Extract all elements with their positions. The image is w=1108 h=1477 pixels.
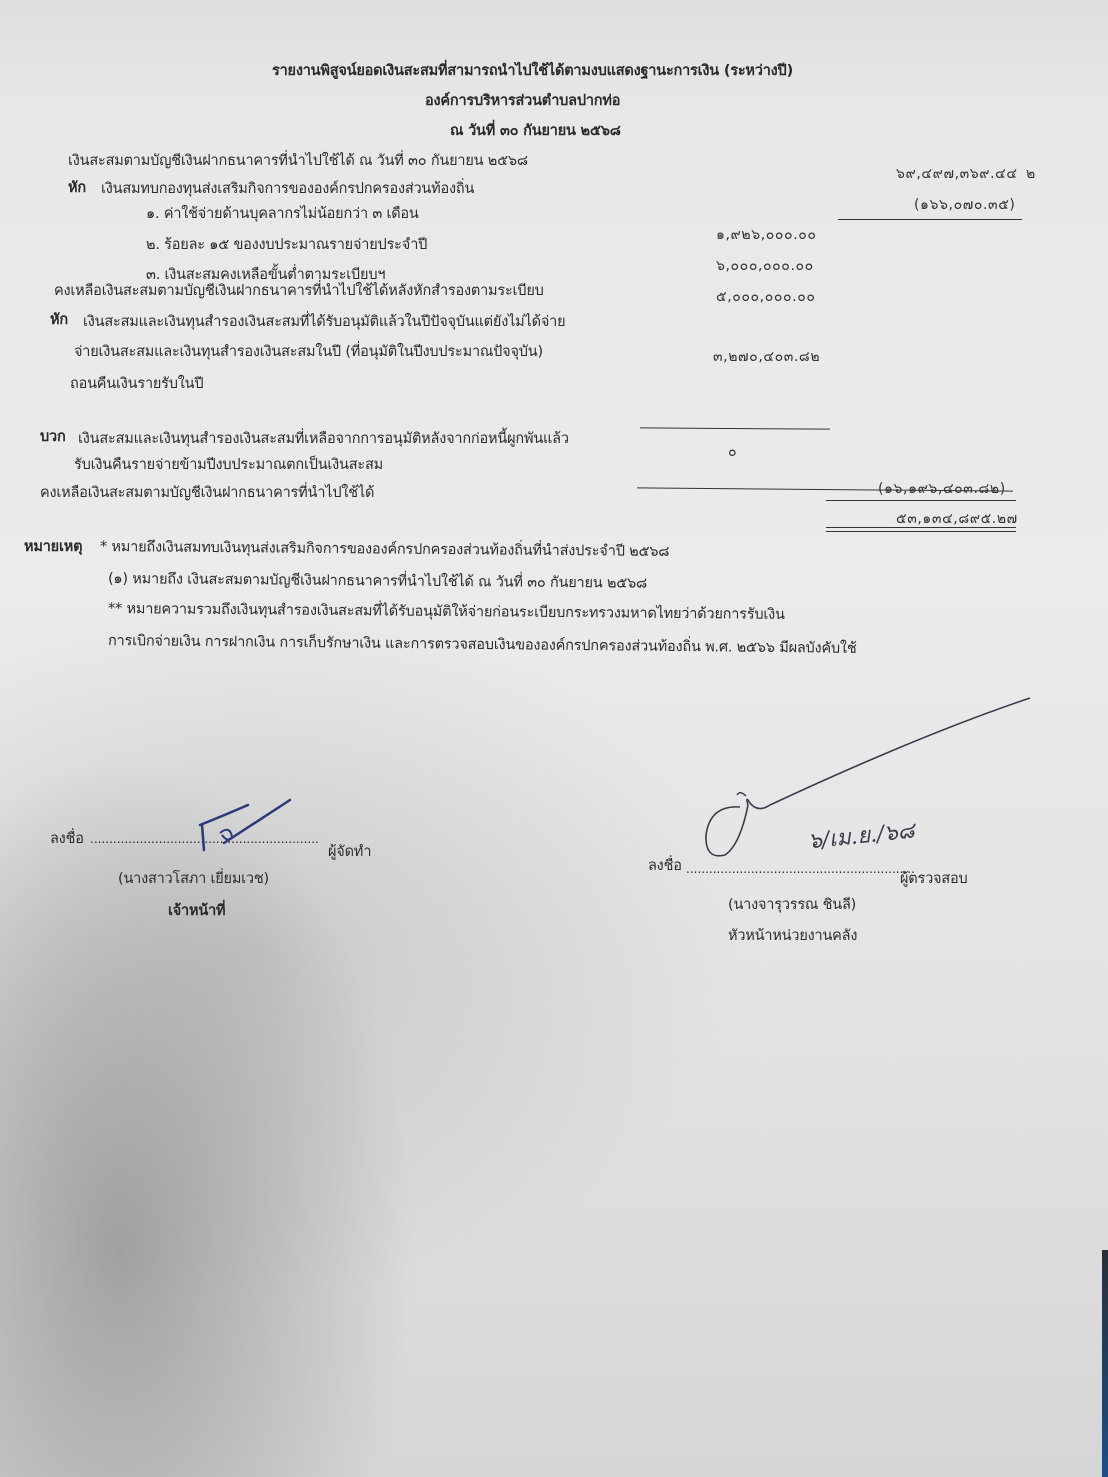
after-reserve-label: คงเหลือเงินสะสมตามบัญชีเงินฝากธนาคารที่น… bbox=[54, 282, 544, 300]
reserve-item-3-amount: ๕,๐๐๐,๐๐๐.๐๐ bbox=[716, 288, 816, 306]
reserve-item-1-label: ๑. ค่าใช้จ่ายด้านบุคลากรไม่น้อยกว่า ๓ เด… bbox=[146, 205, 419, 223]
approved-spending-label: จ่ายเงินสะสมและเงินทุนสำรองเงินสะสมในปี … bbox=[74, 343, 543, 361]
reviewer-role: ผู้ตรวจสอบ bbox=[900, 870, 968, 888]
rule-1 bbox=[838, 219, 1022, 220]
report-date: ณ วันที่ ๓๐ กันยายน ๒๕๖๘ bbox=[450, 122, 621, 140]
reviewer-sign-label: ลงชื่อ bbox=[648, 857, 682, 875]
reviewer-sign-line: ........................................… bbox=[686, 860, 915, 878]
opening-balance-amount: ๖๙,๔๙๗,๓๖๙.๔๔ bbox=[896, 165, 1018, 183]
total-deductions-amount: (๑๖,๑๙๖,๔๐๓.๘๒) bbox=[878, 480, 1006, 498]
revenue-refund-label: ถอนคืนเงินรายรับในปี bbox=[70, 375, 203, 393]
add-prefix: บวก bbox=[40, 428, 66, 446]
reserve-item-1-amount: ๑,๙๒๖,๐๐๐.๐๐ bbox=[716, 226, 817, 244]
double-rule bbox=[826, 527, 1016, 532]
notes-heading: หมายเหตุ bbox=[24, 538, 82, 556]
less-fund-contribution-label: เงินสมทบกองทุนส่งเสริมกิจการขององค์กรปกค… bbox=[101, 180, 474, 198]
organization-name: องค์การบริหารส่วนตำบลปากท่อ bbox=[425, 92, 620, 110]
rule-4 bbox=[826, 500, 1016, 501]
preparer-name: (นางสาวโสภา เยี่ยมเวช) bbox=[118, 870, 269, 888]
less-approved-reserve-label: เงินสะสมและเงินทุนสำรองเงินสะสมที่ได้รับ… bbox=[83, 313, 565, 331]
expense-refund-label: รับเงินคืนรายจ่ายข้ามปีงบประมาณตกเป็นเงิ… bbox=[74, 456, 383, 474]
reviewer-name: (นางจารุวรรณ ชินลี) bbox=[728, 896, 856, 914]
closing-balance-label: คงเหลือเงินสะสมตามบัญชีเงินฝากธนาคารที่น… bbox=[40, 484, 374, 502]
preparer-role: ผู้จัดทำ bbox=[328, 843, 371, 861]
preparer-signature-scribble bbox=[190, 795, 310, 855]
opening-balance-label: เงินสะสมตามบัญชีเงินฝากธนาคารที่นำไปใช้ไ… bbox=[68, 152, 528, 170]
reserve-item-2-amount: ๖,๐๐๐,๐๐๐.๐๐ bbox=[716, 257, 814, 275]
preparer-position: เจ้าหน้าที่ bbox=[168, 902, 225, 920]
reviewer-position: หัวหน้าหน่วยงานคลัง bbox=[728, 927, 857, 945]
reserve-item-2-label: ๒. ร้อยละ ๑๕ ของงบประมาณรายจ่ายประจำปี bbox=[146, 236, 427, 254]
less-2-prefix: หัก bbox=[50, 311, 68, 329]
opening-note-ref: ๒ bbox=[1026, 165, 1036, 183]
expense-refund-amount: ๐ bbox=[728, 443, 737, 461]
closing-balance-amount: ๕๓,๑๓๔,๘๙๕.๒๗ bbox=[896, 510, 1018, 528]
approved-spending-amount: ๓,๒๗๐,๔๐๓.๘๒ bbox=[713, 348, 820, 366]
report-title: รายงานพิสูจน์ยอดเงินสะสมที่สามารถนำไปใช้… bbox=[272, 62, 793, 80]
less-prefix: หัก bbox=[68, 179, 86, 197]
less-fund-contribution-amount: (๑๖๖,๐๗๐.๓๕) bbox=[914, 196, 1015, 214]
add-remaining-reserve-label: เงินสะสมและเงินทุนสำรองเงินสะสมที่เหลือจ… bbox=[78, 430, 569, 448]
desk-edge bbox=[1102, 1250, 1108, 1477]
preparer-sign-label: ลงชื่อ bbox=[50, 830, 84, 848]
